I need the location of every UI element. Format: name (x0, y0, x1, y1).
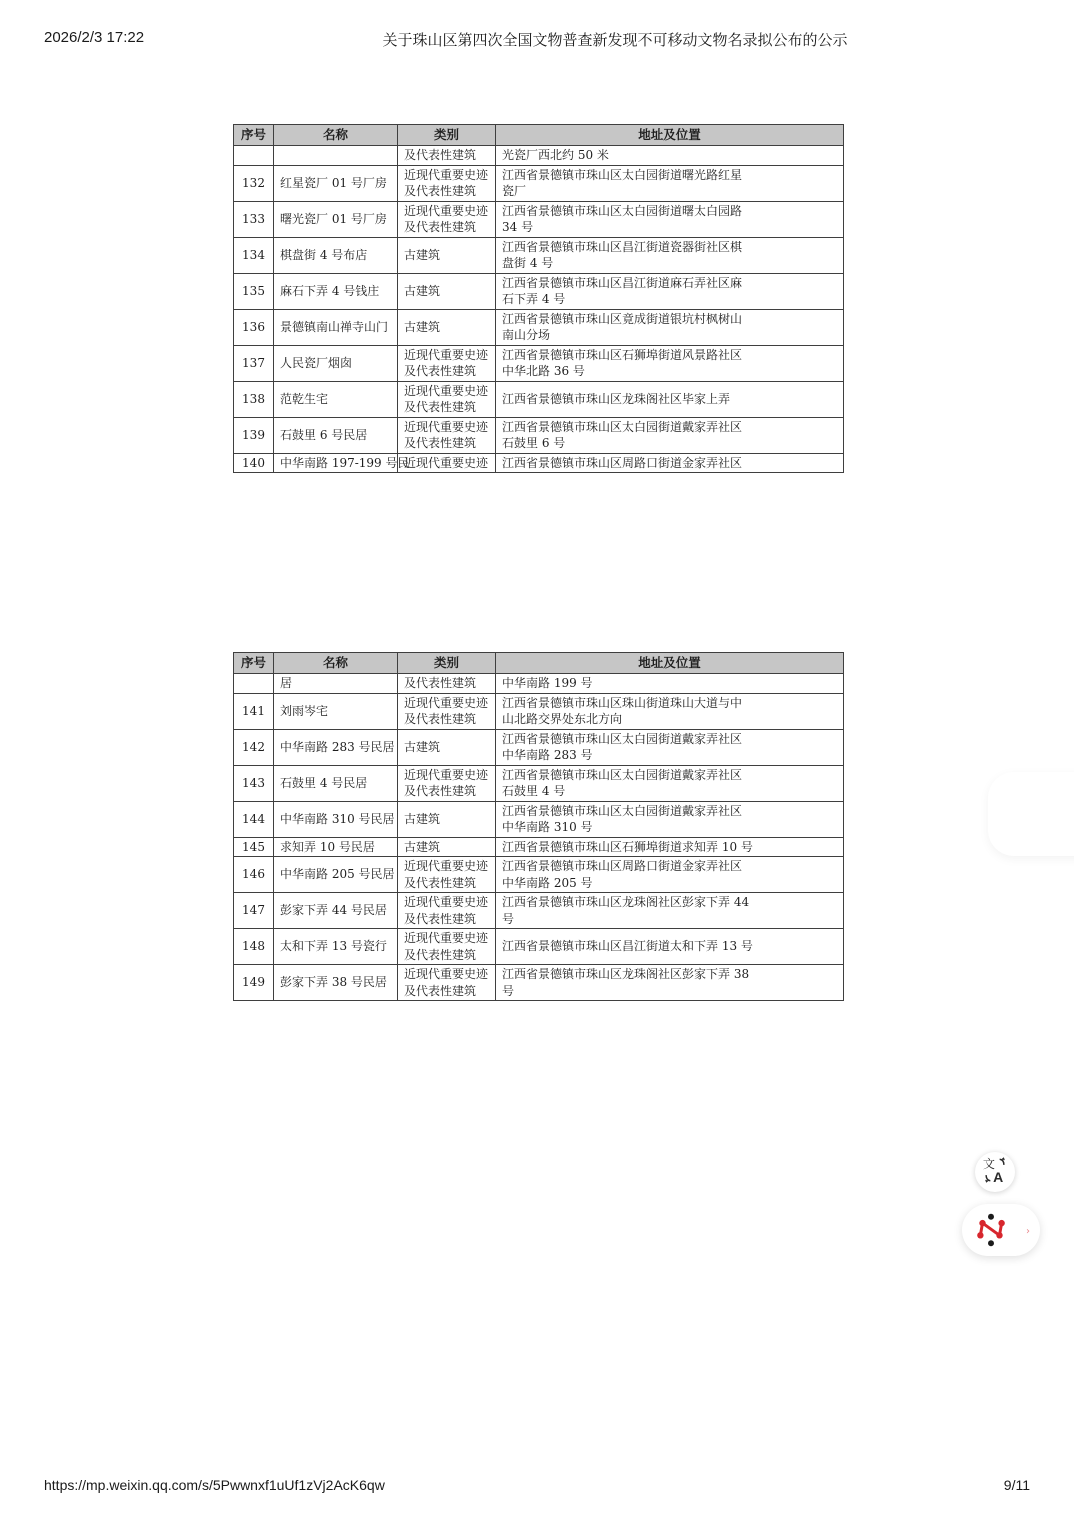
column-header-name: 名称 (274, 125, 398, 146)
cell-no: 144 (234, 801, 274, 837)
cell-no: 137 (234, 345, 274, 381)
column-header-address: 地址及位置 (496, 653, 844, 674)
cell-address: 江西省景德镇市珠山区石狮埠街道求知弄 10 号 (496, 837, 844, 857)
cell-no: 136 (234, 309, 274, 345)
n-network-logo-icon (976, 1213, 1006, 1247)
table-row: 144中华南路 310 号民居古建筑江西省景德镇市珠山区太白园街道戴家弄社区 中… (234, 801, 844, 837)
cell-no: 138 (234, 381, 274, 417)
cell-name: 红星瓷厂 01 号厂房 (274, 165, 398, 201)
cell-no: 145 (234, 837, 274, 857)
table-row: 140中华南路 197-199 号民近现代重要史迹江西省景德镇市珠山区周路口街道… (234, 453, 844, 473)
table-row: 139石鼓里 6 号民居近现代重要史迹 及代表性建筑江西省景德镇市珠山区太白园街… (234, 417, 844, 453)
table-row: 149彭家下弄 38 号民居近现代重要史迹 及代表性建筑江西省景德镇市珠山区龙珠… (234, 965, 844, 1001)
extension-button[interactable]: › (962, 1204, 1040, 1256)
cell-category: 古建筑 (398, 237, 496, 273)
table-row: 145求知弄 10 号民居古建筑江西省景德镇市珠山区石狮埠街道求知弄 10 号 (234, 837, 844, 857)
cell-no (234, 674, 274, 694)
cell-name: 景德镇南山禅寺山门 (274, 309, 398, 345)
cell-no: 147 (234, 893, 274, 929)
cell-address: 江西省景德镇市珠山区龙珠阁社区彭家下弄 44 号 (496, 893, 844, 929)
table-row: 133曙光瓷厂 01 号厂房近现代重要史迹 及代表性建筑江西省景德镇市珠山区太白… (234, 201, 844, 237)
cell-category: 近现代重要史迹 及代表性建筑 (398, 857, 496, 893)
table-row: 146中华南路 205 号民居近现代重要史迹 及代表性建筑江西省景德镇市珠山区周… (234, 857, 844, 893)
extension-caret-icon: › (1026, 1226, 1030, 1237)
print-preview-page: 2026/2/3 17:22 关于珠山区第四次全国文物普查新发现不可移动文物名录… (0, 0, 1074, 1520)
cell-address: 中华南路 199 号 (496, 674, 844, 694)
relics-table-2: 序号 名称 类别 地址及位置 居及代表性建筑中华南路 199 号141刘雨岑宅近… (233, 652, 844, 1001)
cell-no: 133 (234, 201, 274, 237)
column-header-category: 类别 (398, 653, 496, 674)
table-row: 141刘雨岑宅近现代重要史迹 及代表性建筑江西省景德镇市珠山区珠山街道珠山大道与… (234, 693, 844, 729)
table-row: 134棋盘街 4 号布店古建筑江西省景德镇市珠山区昌江街道瓷器街社区棋 盘街 4… (234, 237, 844, 273)
cell-category: 近现代重要史迹 及代表性建筑 (398, 201, 496, 237)
table-row: 143石鼓里 4 号民居近现代重要史迹 及代表性建筑江西省景德镇市珠山区太白园街… (234, 765, 844, 801)
cell-name: 中华南路 283 号民居 (274, 729, 398, 765)
cell-category: 及代表性建筑 (398, 146, 496, 166)
cell-address: 江西省景德镇市珠山区珠山街道珠山大道与中 山北路交界处东北方向 (496, 693, 844, 729)
column-header-name: 名称 (274, 653, 398, 674)
cell-no: 146 (234, 857, 274, 893)
column-header-no: 序号 (234, 653, 274, 674)
cell-name: 求知弄 10 号民居 (274, 837, 398, 857)
cell-category: 近现代重要史迹 及代表性建筑 (398, 893, 496, 929)
cell-category: 及代表性建筑 (398, 674, 496, 694)
cell-name: 石鼓里 6 号民居 (274, 417, 398, 453)
cell-category: 近现代重要史迹 及代表性建筑 (398, 165, 496, 201)
translate-icon: 文 A (981, 1156, 1009, 1189)
cell-no: 134 (234, 237, 274, 273)
cell-address: 江西省景德镇市珠山区周路口街道金家弄社区 中华南路 205 号 (496, 857, 844, 893)
svg-text:A: A (993, 1169, 1003, 1184)
cell-name: 居 (274, 674, 398, 694)
cell-category: 近现代重要史迹 及代表性建筑 (398, 929, 496, 965)
cell-no: 148 (234, 929, 274, 965)
cell-no: 140 (234, 453, 274, 473)
footer-url: https://mp.weixin.qq.com/s/5Pwwnxf1uUf1z… (44, 1477, 385, 1493)
cell-category: 古建筑 (398, 729, 496, 765)
table-row: 138范乾生宅近现代重要史迹 及代表性建筑江西省景德镇市珠山区龙珠阁社区毕家上弄 (234, 381, 844, 417)
cell-name: 曙光瓷厂 01 号厂房 (274, 201, 398, 237)
page-number: 9/11 (1004, 1477, 1030, 1493)
cell-address: 江西省景德镇市珠山区太白园街道戴家弄社区 中华南路 310 号 (496, 801, 844, 837)
cell-name: 范乾生宅 (274, 381, 398, 417)
cell-name: 太和下弄 13 号瓷行 (274, 929, 398, 965)
cell-address: 江西省景德镇市珠山区太白园街道戴家弄社区 石鼓里 6 号 (496, 417, 844, 453)
table-row: 132红星瓷厂 01 号厂房近现代重要史迹 及代表性建筑江西省景德镇市珠山区太白… (234, 165, 844, 201)
cell-name: 麻石下弄 4 号钱庄 (274, 273, 398, 309)
table-row: 148太和下弄 13 号瓷行近现代重要史迹 及代表性建筑江西省景德镇市珠山区昌江… (234, 929, 844, 965)
table-row: 135麻石下弄 4 号钱庄古建筑江西省景德镇市珠山区昌江街道麻石弄社区麻 石下弄… (234, 273, 844, 309)
relics-table-1: 序号 名称 类别 地址及位置 及代表性建筑光瓷厂西北约 50 米132红星瓷厂 … (233, 124, 844, 473)
cell-address: 江西省景德镇市珠山区昌江街道麻石弄社区麻 石下弄 4 号 (496, 273, 844, 309)
cell-category: 古建筑 (398, 309, 496, 345)
cell-category: 近现代重要史迹 及代表性建筑 (398, 345, 496, 381)
cell-address: 江西省景德镇市珠山区太白园街道曙太白园路 34 号 (496, 201, 844, 237)
cell-address: 江西省景德镇市珠山区周路口街道金家弄社区 (496, 453, 844, 473)
cell-no: 143 (234, 765, 274, 801)
faded-floating-card (988, 772, 1074, 856)
cell-category: 古建筑 (398, 837, 496, 857)
table-row: 及代表性建筑光瓷厂西北约 50 米 (234, 146, 844, 166)
table-row: 147彭家下弄 44 号民居近现代重要史迹 及代表性建筑江西省景德镇市珠山区龙珠… (234, 893, 844, 929)
column-header-address: 地址及位置 (496, 125, 844, 146)
cell-name: 人民瓷厂烟囱 (274, 345, 398, 381)
page-title: 关于珠山区第四次全国文物普查新发现不可移动文物名录拟公布的公示 (382, 29, 847, 50)
cell-name: 中华南路 310 号民居 (274, 801, 398, 837)
print-date: 2026/2/3 17:22 (44, 29, 144, 46)
cell-address: 江西省景德镇市珠山区竟成街道银坑村枫树山 南山分场 (496, 309, 844, 345)
cell-address: 江西省景德镇市珠山区龙珠阁社区彭家下弄 38 号 (496, 965, 844, 1001)
cell-address: 江西省景德镇市珠山区龙珠阁社区毕家上弄 (496, 381, 844, 417)
table-row: 137人民瓷厂烟囱近现代重要史迹 及代表性建筑江西省景德镇市珠山区石狮埠街道风景… (234, 345, 844, 381)
translate-button[interactable]: 文 A (975, 1152, 1015, 1192)
cell-no: 142 (234, 729, 274, 765)
cell-no: 132 (234, 165, 274, 201)
cell-name: 石鼓里 4 号民居 (274, 765, 398, 801)
cell-name: 棋盘街 4 号布店 (274, 237, 398, 273)
cell-name: 中华南路 197-199 号民 (274, 453, 398, 473)
cell-category: 古建筑 (398, 801, 496, 837)
cell-category: 近现代重要史迹 (398, 453, 496, 473)
column-header-category: 类别 (398, 125, 496, 146)
cell-category: 古建筑 (398, 273, 496, 309)
cell-no: 139 (234, 417, 274, 453)
cell-name: 彭家下弄 44 号民居 (274, 893, 398, 929)
column-header-no: 序号 (234, 125, 274, 146)
table-row: 136景德镇南山禅寺山门古建筑江西省景德镇市珠山区竟成街道银坑村枫树山 南山分场 (234, 309, 844, 345)
table-header-row: 序号 名称 类别 地址及位置 (234, 653, 844, 674)
cell-name (274, 146, 398, 166)
cell-category: 近现代重要史迹 及代表性建筑 (398, 765, 496, 801)
cell-address: 江西省景德镇市珠山区太白园街道戴家弄社区 中华南路 283 号 (496, 729, 844, 765)
cell-category: 近现代重要史迹 及代表性建筑 (398, 417, 496, 453)
cell-category: 近现代重要史迹 及代表性建筑 (398, 381, 496, 417)
cell-name: 彭家下弄 38 号民居 (274, 965, 398, 1001)
cell-address: 江西省景德镇市珠山区昌江街道瓷器街社区棋 盘街 4 号 (496, 237, 844, 273)
cell-no: 141 (234, 693, 274, 729)
cell-no: 149 (234, 965, 274, 1001)
cell-category: 近现代重要史迹 及代表性建筑 (398, 693, 496, 729)
cell-no: 135 (234, 273, 274, 309)
cell-address: 江西省景德镇市珠山区太白园街道曙光路红星 瓷厂 (496, 165, 844, 201)
cell-address: 江西省景德镇市珠山区昌江街道太和下弄 13 号 (496, 929, 844, 965)
cell-category: 近现代重要史迹 及代表性建筑 (398, 965, 496, 1001)
cell-name: 刘雨岑宅 (274, 693, 398, 729)
table-row: 142中华南路 283 号民居古建筑江西省景德镇市珠山区太白园街道戴家弄社区 中… (234, 729, 844, 765)
cell-name: 中华南路 205 号民居 (274, 857, 398, 893)
cell-no (234, 146, 274, 166)
cell-address: 江西省景德镇市珠山区石狮埠街道风景路社区 中华北路 36 号 (496, 345, 844, 381)
cell-address: 江西省景德镇市珠山区太白园街道戴家弄社区 石鼓里 4 号 (496, 765, 844, 801)
table-header-row: 序号 名称 类别 地址及位置 (234, 125, 844, 146)
cell-address: 光瓷厂西北约 50 米 (496, 146, 844, 166)
table-row: 居及代表性建筑中华南路 199 号 (234, 674, 844, 694)
